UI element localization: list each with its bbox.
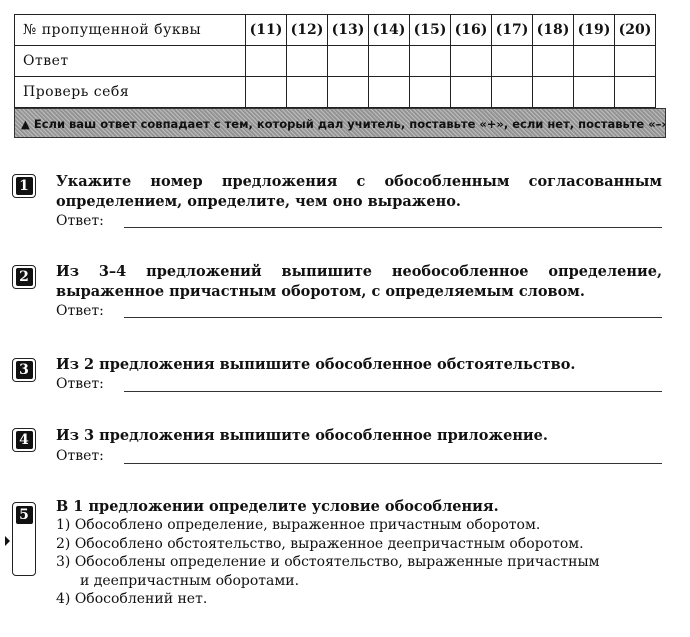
task-number: 4 [16,431,33,449]
table-row-check: Проверь себя [15,77,656,108]
check-cell[interactable] [615,77,656,108]
task-number-badge: 4 [12,428,36,452]
answer-label: Ответ: [56,213,104,229]
table-row-answer: Ответ [15,46,656,77]
answer-cell[interactable] [328,46,369,77]
check-cell[interactable] [246,77,287,108]
column-header: (16) [451,15,492,46]
answer-cell[interactable] [615,46,656,77]
column-header: (15) [410,15,451,46]
task-question: Укажите номер предложения с обособленным… [56,172,662,212]
column-header: (13) [328,15,369,46]
answer-line[interactable] [124,316,662,318]
option-4[interactable]: 4) Обособлений нет. [56,590,670,609]
answer-cell[interactable] [287,46,328,77]
answer-line[interactable] [124,226,662,228]
self-check-note: ▲ Если ваш ответ совпадает с тем, которы… [14,108,666,138]
answer-table: № пропущенной буквы (11) (12) (13) (14) … [14,14,656,108]
header-label: № пропущенной буквы [15,15,246,46]
task-number: 2 [16,268,33,286]
column-header: (18) [533,15,574,46]
check-cell[interactable] [451,77,492,108]
option-2[interactable]: 2) Обособлено обстоятельство, выраженное… [56,535,670,554]
check-cell[interactable] [574,77,615,108]
check-cell[interactable] [369,77,410,108]
task-number: 5 [16,506,33,524]
answer-label: Ответ: [56,448,104,464]
answer-cell[interactable] [369,46,410,77]
option-3-continued[interactable]: и деепричастным оборотами. [56,572,670,591]
check-cell[interactable] [533,77,574,108]
check-cell[interactable] [492,77,533,108]
answer-cell[interactable] [451,46,492,77]
pointer-arrow-icon [5,536,10,546]
answer-options: 1) Обособлено определение, выраженное пр… [56,516,670,609]
column-header: (14) [369,15,410,46]
answer-cell[interactable] [533,46,574,77]
task-question: В 1 предложении определите условие обосо… [56,497,662,517]
answer-cell[interactable] [246,46,287,77]
task-number-badge: 2 [12,265,36,289]
column-header: (12) [287,15,328,46]
column-header: (17) [492,15,533,46]
task-question: Из 3 предложения выпишите обособленное п… [56,426,662,446]
task-number: 1 [16,177,33,195]
option-1[interactable]: 1) Обособлено определение, выраженное пр… [56,516,670,535]
task-question: Из 3–4 предложений выпишите необособленн… [56,262,662,302]
task-number: 3 [16,361,33,379]
task-number-badge[interactable]: 5 [12,502,36,576]
column-header: (19) [574,15,615,46]
task-number-badge: 1 [12,174,36,198]
task-question: Из 2 предложения выпишите обособленное о… [56,355,662,375]
task-number-badge: 3 [12,358,36,382]
answer-cell[interactable] [410,46,451,77]
answer-cell[interactable] [492,46,533,77]
answer-line[interactable] [124,462,662,464]
check-cell[interactable] [287,77,328,108]
answer-label: Ответ: [56,303,104,319]
answer-line[interactable] [124,390,662,392]
answer-label: Ответ: [56,376,104,392]
check-cell[interactable] [328,77,369,108]
answer-cell[interactable] [574,46,615,77]
row-label-check: Проверь себя [15,77,246,108]
option-3[interactable]: 3) Обособлены определение и обстоятельст… [56,553,670,572]
table-header-row: № пропущенной буквы (11) (12) (13) (14) … [15,15,656,46]
column-header: (20) [615,15,656,46]
row-label-answer: Ответ [15,46,246,77]
column-header: (11) [246,15,287,46]
check-cell[interactable] [410,77,451,108]
